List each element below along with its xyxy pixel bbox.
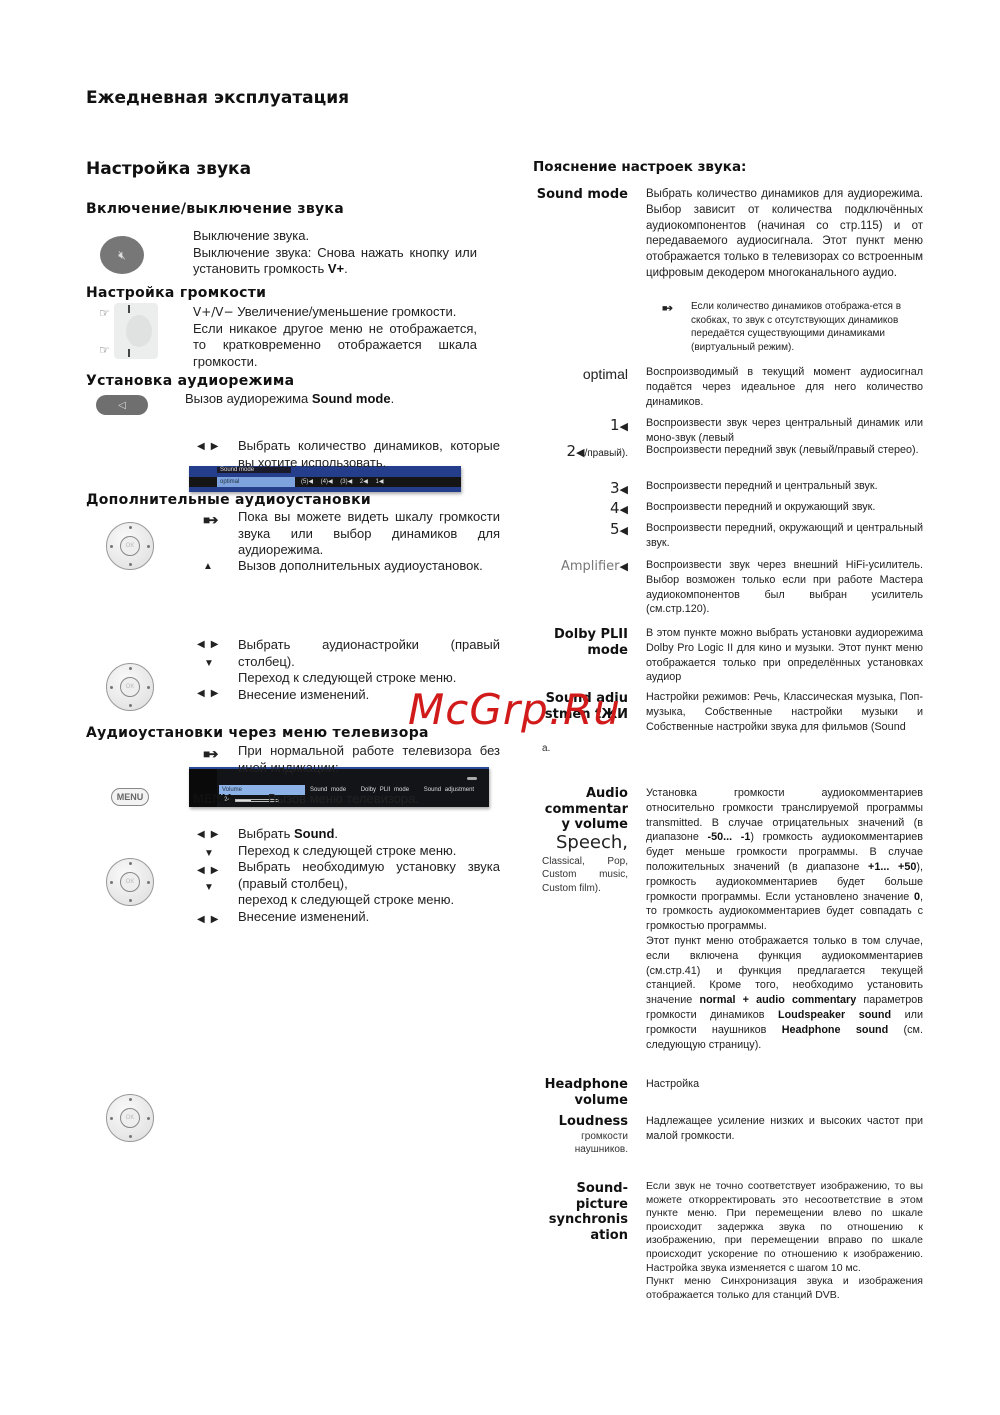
mute-line-1: Выключение звука. — [193, 228, 477, 245]
two-speaker-desc: Воспроизвести передний звук (левый/правы… — [646, 443, 923, 458]
additional-heading: Дополнительные аудиоустановки — [86, 492, 371, 508]
step: Выбрать аудионастройки (правый столбец). — [238, 637, 500, 670]
step: переход к следующей строке меню. — [238, 892, 500, 909]
sound-mode-call: Вызов аудиорежима Sound mode. — [185, 391, 394, 408]
menu-button: MENU — [111, 788, 149, 806]
dolby-label: Dolby PLII mode — [540, 627, 628, 658]
menu-label: MENU: — [193, 791, 236, 808]
four-speaker-label: 4◀ — [530, 499, 628, 517]
volume-heading: Настройка громкости — [86, 285, 266, 301]
tv-menu-steps: Выбрать Sound. Переход к следующей строк… — [238, 826, 500, 925]
sound-mode-label: Sound mode — [530, 187, 628, 203]
page-title: Ежедневная эксплуатация — [86, 88, 349, 108]
dpad-image: OK — [106, 522, 154, 570]
step: Выбрать — [238, 826, 294, 841]
option: (3)◀ — [340, 479, 352, 485]
down-arrow-icon: ▼ — [204, 658, 214, 669]
option: Sound adjustment — [424, 787, 474, 793]
amplifier-label: Amplifier◀ — [530, 559, 628, 574]
speaker-icon: ◀ — [620, 524, 628, 537]
additional-up-text: Вызов дополнительных аудиоустановок. — [238, 558, 500, 575]
sound-mode-heading: Установка аудиорежима — [86, 373, 294, 389]
loudness-desc: Надлежащее усиление низких и высоких час… — [646, 1114, 923, 1144]
num: 1 — [610, 416, 620, 434]
mute-heading: Включение/выключение звука — [86, 201, 344, 217]
num: 5 — [610, 520, 620, 538]
volume-line-1: Увеличение/уменьшение громкости. — [237, 304, 456, 319]
menu-label-text: MENU: — [193, 791, 236, 806]
mute-description: Выключение звука. Выключение звука: Снов… — [193, 228, 477, 278]
step: Внесение изменений. — [238, 909, 500, 926]
dpad-image: OK — [106, 1094, 154, 1142]
hint-arrow-icon: ■➔ — [203, 747, 216, 761]
num: 3 — [610, 479, 620, 497]
amp-text: Amplifier — [561, 559, 620, 574]
option: 1◀ — [376, 479, 384, 485]
audio-commentary-desc: Установка громкости аудиокомментариев от… — [646, 786, 923, 1052]
optimal-desc: Воспроизводимый в текущий момент аудиоси… — [646, 365, 923, 409]
tv-menu-selected-text: optimal — [220, 479, 239, 485]
step: Переход к следующей строке меню. — [238, 843, 500, 860]
v-plus-key: V+ — [328, 261, 344, 276]
bold: normal + audio commentary — [699, 994, 856, 1006]
three-speaker-label: 3◀ — [530, 479, 628, 497]
up-arrow-icon: ▲ — [203, 561, 213, 572]
option: 2◀ — [360, 479, 368, 485]
one-speaker-label: 1◀ — [530, 416, 628, 434]
call-prefix: Вызов аудиорежима — [185, 391, 312, 406]
menu-text: Вызов меню телевизора. — [268, 791, 419, 808]
num: 4 — [610, 499, 620, 517]
left-right-arrows-icon: ◀▶ — [197, 865, 224, 876]
audio-commentary-label: Audio commentar y volume — [540, 786, 628, 833]
call-suffix: . — [391, 391, 395, 406]
suffix: /правый). — [584, 448, 628, 459]
volume-description: V+/V− Увеличение/уменьшение громкости. Е… — [193, 304, 477, 370]
section-title: Настройка звука — [86, 159, 251, 179]
tv-menu-options: (5)◀ (4)◀ (3)◀ 2◀ 1◀ — [301, 477, 383, 487]
headphone-label: Headphone volume — [530, 1077, 628, 1108]
sound-mode-note: Если количество динамиков отобража-ется … — [691, 300, 901, 355]
volume-line-2: Если никакое другое меню не отображается… — [193, 321, 477, 371]
sync-desc: Если звук не точно соответствует изображ… — [646, 1180, 923, 1302]
dpad-image: OK — [106, 858, 154, 906]
range-neg: -50... -1 — [708, 831, 751, 843]
bold: Loudspeaker sound — [778, 1009, 891, 1021]
four-speaker-desc: Воспроизвести передний и окружающий звук… — [646, 500, 923, 515]
speaker-icon: ◀ — [620, 503, 628, 516]
amplifier-desc: Воспроизвести звук через внешний HiFi-ус… — [646, 558, 923, 617]
menu-button-label: MENU — [117, 792, 144, 802]
num: 2 — [566, 442, 576, 460]
left-right-arrows-icon: ◀▶ — [197, 639, 224, 650]
three-speaker-desc: Воспроизвести передний и центральный зву… — [646, 479, 923, 494]
speaker-icon: ◁ — [118, 400, 126, 411]
bold: Headphone sound — [782, 1024, 889, 1036]
additional-hint: Пока вы можете видеть шкалу громкости зв… — [238, 509, 500, 559]
option: (5)◀ — [301, 479, 313, 485]
optimal-label: optimal — [530, 366, 628, 382]
one-speaker-desc: Воспроизвести звук через центральный дин… — [646, 416, 923, 446]
sound-mode-select-text: Выбрать количество динамиков, которые вы… — [238, 438, 500, 471]
left-right-arrows-icon: ◀▶ — [197, 829, 224, 840]
sound-mode-button: ◁ — [96, 395, 148, 415]
loudness-sub: громкости наушников. — [560, 1130, 628, 1157]
range-pos: +1... +50 — [868, 861, 916, 873]
modes-text: Classical, Pop, Custom music, Custom fil… — [542, 855, 628, 895]
desc: Если звук не точно соответствует изображ… — [646, 1180, 923, 1275]
sound-adjustment-desc: Настройки режимов: Речь, Классическая му… — [646, 690, 923, 734]
speech-text: Speech, — [540, 832, 628, 853]
headphone-desc: Настройка — [646, 1077, 923, 1092]
speaker-icon: ◀ — [620, 560, 628, 573]
dolby-desc: В этом пункте можно выбрать установки ау… — [646, 626, 923, 685]
two-speaker-label: 2◀/правый). — [530, 442, 628, 460]
hint-arrow-icon: ■➔ — [662, 303, 671, 314]
down-arrow-icon: ▼ — [204, 882, 214, 893]
left-right-arrows-icon: ◀▶ — [197, 688, 224, 699]
speaker-icon: ◀ — [620, 420, 628, 433]
left-right-arrows-icon: ◀▶ — [197, 914, 224, 925]
hand-pointer-icon: ☞ — [99, 306, 110, 320]
explanation-heading: Пояснение настроек звука: — [533, 159, 746, 175]
hint-arrow-icon: ■➔ — [203, 513, 216, 527]
desc: Пункт меню Синхронизация звука и изображ… — [646, 1275, 923, 1302]
stray-text: а. — [542, 743, 550, 754]
tv-menu-selected: optimal — [217, 477, 295, 487]
tv-menu-heading: Аудиоустановки через меню телевизора — [86, 725, 429, 741]
hand-pointer-icon: ☞ — [99, 343, 110, 357]
dpad-image: OK — [106, 663, 154, 711]
watermark: McGrp.Ru — [408, 685, 621, 734]
tv-menu-hint: При нормальной работе телевизора без ино… — [238, 743, 500, 776]
loudness-label: Loudness — [530, 1114, 628, 1130]
step-bold: Sound — [294, 826, 334, 841]
mute-speaker-icon: 🔇︎ — [118, 248, 126, 263]
call-bold: Sound mode — [312, 391, 391, 406]
five-speaker-label: 5◀ — [530, 520, 628, 538]
down-arrow-icon: ▼ — [204, 848, 214, 859]
volume-keypad-image — [114, 303, 158, 359]
option: (4)◀ — [321, 479, 333, 485]
sync-label: Sound-picture synchronis ation — [540, 1181, 628, 1243]
speaker-icon: ◀ — [620, 483, 628, 496]
five-speaker-desc: Воспроизвести передний, окружающий и цен… — [646, 521, 923, 551]
mute-button: 🔇︎ — [100, 236, 144, 274]
sound-mode-desc: Выбрать количество динамиков для аудиоре… — [646, 187, 923, 282]
step: Выбрать необходимую установку звука (пра… — [238, 859, 500, 892]
volume-keys: V+/V− — [193, 305, 234, 319]
step: . — [334, 826, 338, 841]
left-right-arrows-icon: ◀▶ — [197, 441, 224, 452]
